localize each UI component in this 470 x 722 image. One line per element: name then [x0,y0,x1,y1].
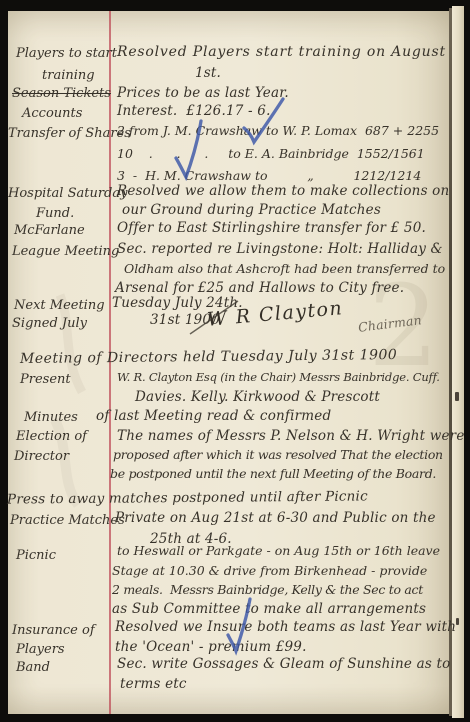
margin-heading: Players to start [16,47,117,60]
minute-line: Arsenal for £25 and Hallows to City free… [115,282,404,296]
margin-heading: Fund. [36,207,74,220]
minute-line: Sec. reported re Livingstone: Holt: Hall… [117,243,443,257]
margin-heading: training [42,69,95,82]
minute-line: Sec. write Gossages & Gleam of Sunshine … [117,658,450,672]
minute-line: Stage at 10.30 & drive from Birkenhead -… [112,565,427,578]
margin-heading: Minutes [24,411,78,424]
margin-heading: Hospital Saturday [8,187,127,200]
margin-heading: Signed July [12,317,87,330]
margin-heading: Picnic [16,549,56,562]
minute-line: Offer to East Stirlingshire transfer for… [117,222,426,236]
minute-line: our Ground during Practice Matches [122,204,381,218]
minute-line: W. R. Clayton Esq (in the Chair) Messrs … [117,372,440,384]
margin-heading: Next Meeting [14,299,105,312]
margin-heading: Transfer of Shares [8,127,131,140]
margin-heading: Band [16,661,50,674]
margin-heading: Present [20,373,71,386]
minute-line: Oldham also that Ashcroft had been trans… [124,263,445,276]
minute-line-full: Press to away matches postponed until af… [7,490,368,507]
minute-line: proposed after which it was resolved Tha… [113,449,443,462]
margin-heading: Insurance of [12,624,95,637]
minute-line: 10 . . . to E. A. Bainbridge 1552/1561 [117,148,425,161]
minute-line: 3 - H. M. Crawshaw to „ 1212/1214 [117,170,421,183]
minute-line: 2 from J. M. Crawshaw to W. P. Lomax 687… [117,125,439,138]
meeting-heading: Meeting of Directors held Tuesday July 3… [20,348,397,366]
minute-line: to Heswall or Parkgate - on Aug 15th or … [117,545,440,558]
minute-line: Resolved we allow them to make collectio… [117,185,449,199]
minute-line: 2 meals. Messrs Bainbridge, Kelly & the … [112,584,423,597]
margin-heading: Season Tickets [12,87,111,100]
page-edge-speck [456,618,459,625]
minute-line: Private on Aug 21st at 6-30 and Public o… [115,512,436,526]
minute-line: Resolved we Insure both teams as last Ye… [115,621,456,635]
minute-line: terms etc [120,678,187,692]
minute-line: Prices to be as last Year. [117,87,289,101]
minute-line: of last Meeting read & confirmed [96,410,331,424]
minute-line: Interest. £126.17 - 6. [117,105,271,119]
minute-line: the 'Ocean' - premium £99. [115,641,307,655]
adjacent-page-edge [452,6,464,718]
photo-backdrop: 2 Players to start training Resolved Pla… [0,0,470,722]
minute-line: Davies. Kelly. Kirkwood & Prescott [135,391,380,405]
minute-line: be postponed until the next full Meeting… [110,468,436,481]
margin-heading: Practice Matches [10,514,125,527]
margin-heading: League Meeting [12,245,119,258]
minute-line: as Sub Committee to make all arrangement… [112,603,426,617]
margin-heading: McFarlane [14,224,85,237]
minute-line: Resolved Players start training on Augus… [117,45,446,59]
minute-line: The names of Messrs P. Nelson & H. Wrigh… [117,430,465,444]
margin-heading: Director [14,450,69,463]
margin-heading: Players [16,643,65,656]
margin-heading: Accounts [22,107,82,120]
margin-heading: Election of [16,430,87,443]
page-edge-speck [455,392,459,401]
minute-line: 1st. [195,67,221,81]
